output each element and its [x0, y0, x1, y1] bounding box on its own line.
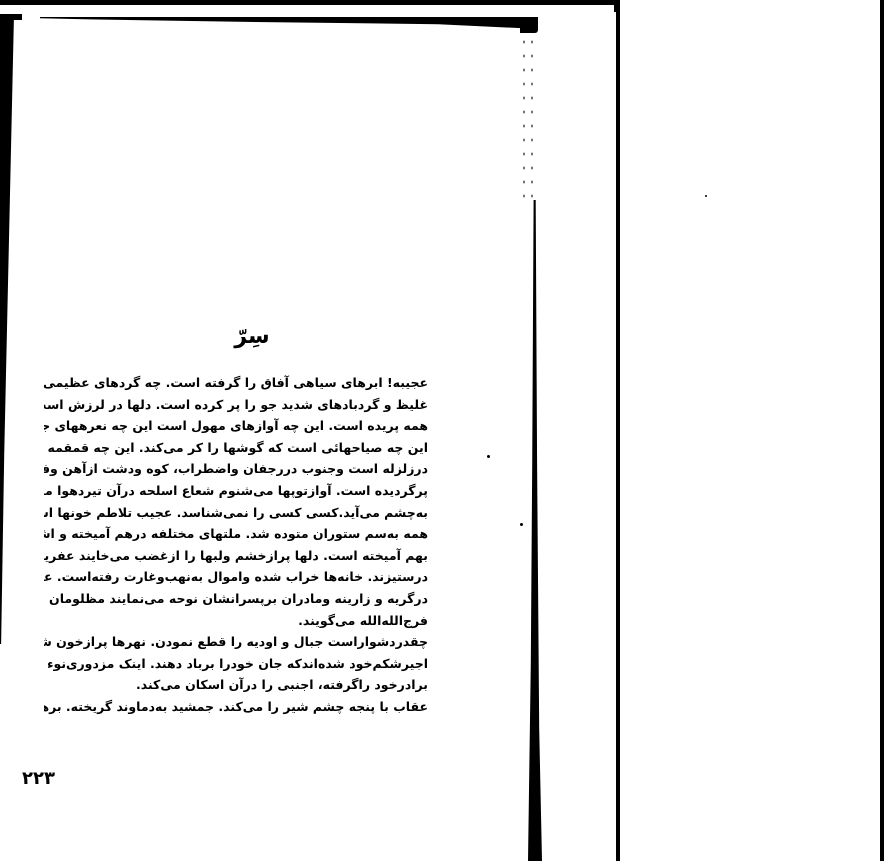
paragraph-3: عقاب با پنجه چشم شیر را می‌کند. جمشید به… — [44, 696, 428, 718]
text-line: غلیظ و گردبادهای شدید جو را پر کرده است.… — [44, 394, 428, 416]
body-text: عجیبه! ابرهای سیاهی آفاق را گرفته است. چ… — [44, 372, 428, 718]
paragraph-2: چقدردشواراست جبال و اودیه را قطع نمودن. … — [44, 631, 428, 696]
text-line: برادرخود راگرفته، اجنبی را درآن اسکان می… — [44, 674, 428, 696]
paragraph-1: عجیبه! ابرهای سیاهی آفاق را گرفته است. چ… — [44, 372, 428, 631]
text-line: پرگردیده است. آوازتوپها می‌شنوم شعاع اسل… — [44, 480, 428, 502]
scan-left-edge-shadow — [0, 14, 14, 644]
scan-speck — [705, 195, 707, 197]
gutter-noise — [520, 35, 536, 205]
text-line: چقدردشواراست جبال و اودیه را قطع نمودن. … — [44, 631, 428, 653]
page-number: ۲۲۳ — [22, 768, 55, 789]
text-line: درزلزله است وجنوب دررجفان واضطراب، کوه و… — [44, 458, 428, 480]
chapter-title: سِرّ — [222, 324, 282, 349]
binding-gutter-shadow — [528, 200, 542, 861]
page-top-shadow-tip — [520, 17, 538, 33]
text-line: همه پریده است. این چه آوازهای مهول است ا… — [44, 415, 428, 437]
scan-speck — [487, 455, 490, 458]
scan-right-border — [880, 0, 884, 861]
text-line: همه به‌سم ستوران متوده شد. ملتهای مختلفه… — [44, 523, 428, 545]
text-line: عقاب با پنجه چشم شیر را می‌کند. جمشید به… — [44, 696, 428, 718]
text-line: درگریه و زارینه ومادران برپسرانشان نوحه … — [44, 588, 428, 610]
text-line: بهم آمیخته است. دلها پرازخشم ولبها را از… — [44, 545, 428, 567]
scan-top-border — [0, 0, 618, 5]
text-line: فرج‌الله‌الله می‌گویند. — [44, 610, 428, 632]
page-top-shadow — [40, 17, 538, 29]
text-line: به‌چشم می‌آید.کسی کسی را نمی‌شناسد. عجیب… — [44, 502, 428, 524]
text-line: این چه صیاحهائی است که گوشها را کر می‌کن… — [44, 437, 428, 459]
text-line: درستیزند. خانه‌ها خراب شده واموال به‌نهب… — [44, 566, 428, 588]
text-line: عجیبه! ابرهای سیاهی آفاق را گرفته است. چ… — [44, 372, 428, 394]
text-line: اجیرشکم‌خود شده‌اندکه جان خودرا برباد ده… — [44, 653, 428, 675]
scan-page-edge — [616, 0, 620, 861]
scan-speck — [520, 523, 523, 526]
